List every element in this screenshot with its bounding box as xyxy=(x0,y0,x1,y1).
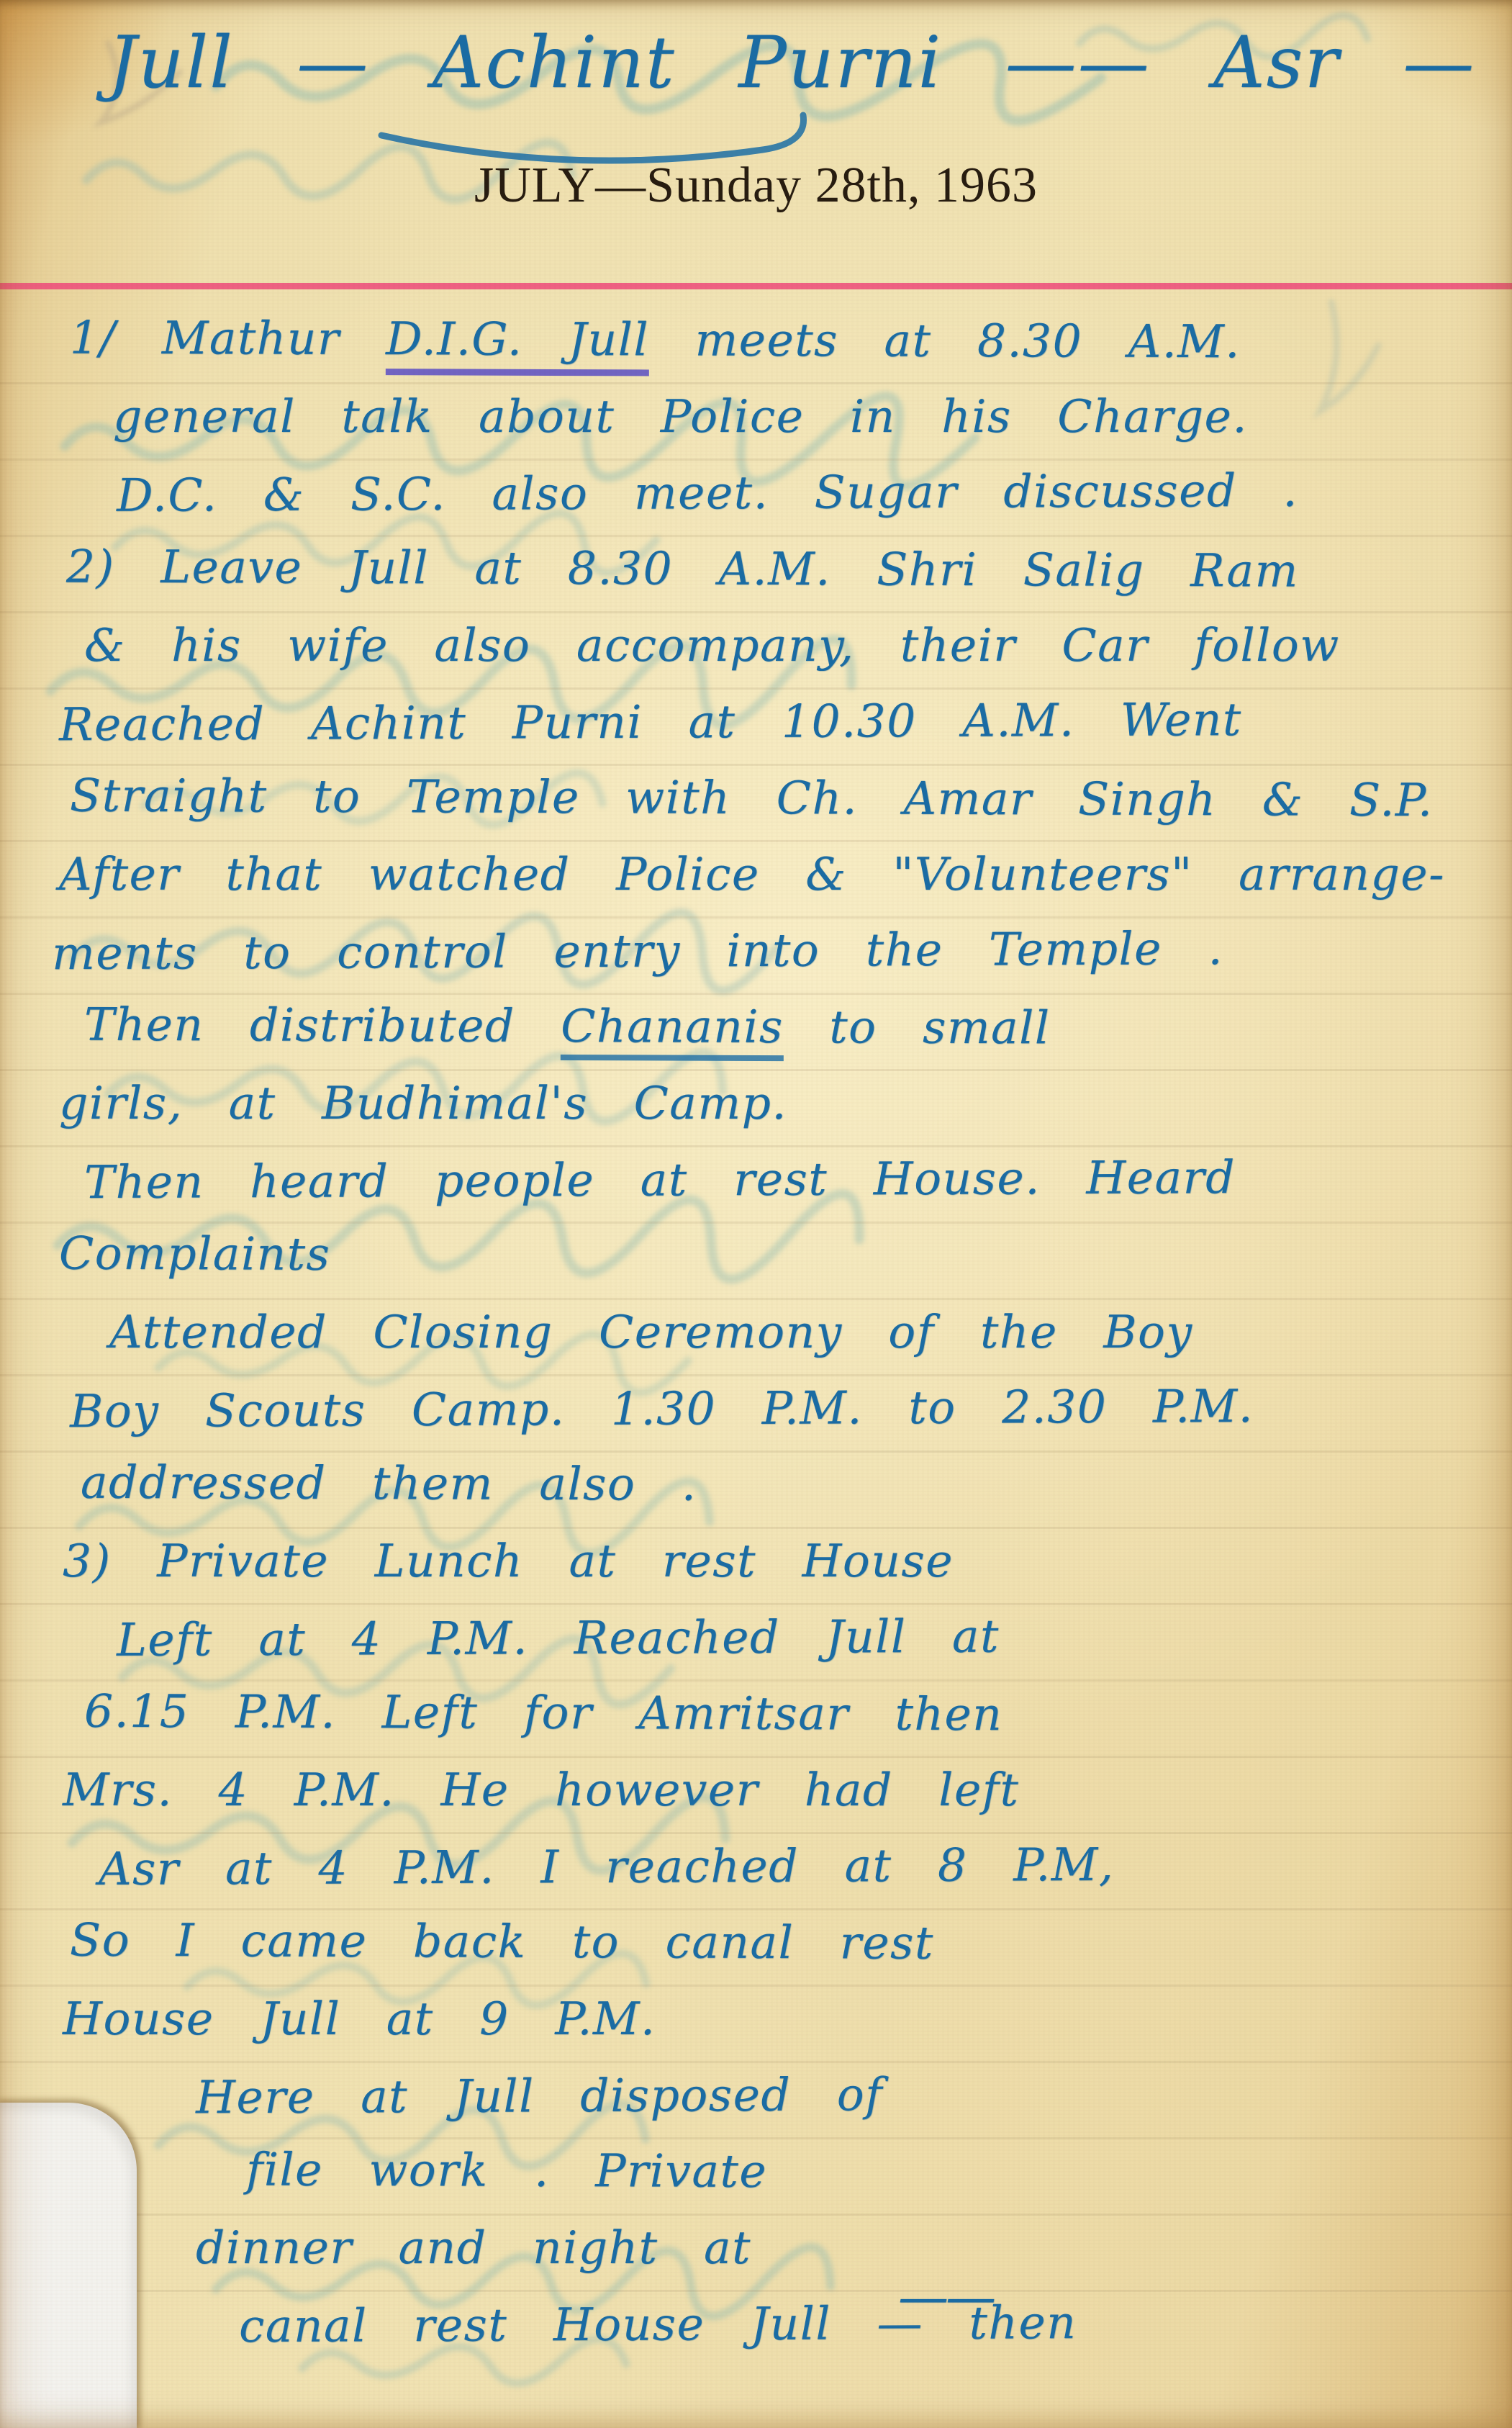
handwritten-line: Reached Achint Purni at 10.30 A.M. Went xyxy=(30,681,1493,764)
text-segment: Complaints xyxy=(59,1227,331,1281)
text-segment: Here at Jull disposed of xyxy=(196,2068,883,2124)
handwritten-line: 2) Leave Jull at 8.30 A.M. Shri Salig Ra… xyxy=(30,528,1493,610)
text-segment: general talk about Police in his Charge. xyxy=(113,390,1248,443)
text-segment: 2) Leave Jull at 8.30 A.M. Shri Salig Ra… xyxy=(66,541,1299,597)
text-segment: Then heard people at rest House. Heard xyxy=(84,1151,1236,1209)
text-segment: meets at 8.30 A.M. xyxy=(649,313,1241,368)
text-segment: House Jull at 9 P.M. xyxy=(63,1993,656,2045)
pink-rule xyxy=(0,283,1512,289)
text-segment: dinner and night at xyxy=(196,2221,751,2274)
text-segment: ments to control entry into the Temple . xyxy=(52,922,1223,980)
handwritten-line: Attended Closing Ceremony of the Boy xyxy=(30,1294,1493,1371)
text-segment: Left at 4 P.M. Reached Jull at xyxy=(117,1610,1000,1666)
text-segment: Mrs. 4 P.M. He however had left xyxy=(63,1764,1019,1816)
text-segment: D.C. & S.C. also meet. Sugar discussed . xyxy=(117,464,1298,522)
handwritten-line: Boy Scouts Camp. 1.30 P.M. to 2.30 P.M. xyxy=(30,1368,1493,1450)
text-segment: Boy Scouts Camp. 1.30 P.M. to 2.30 P.M. xyxy=(70,1380,1254,1438)
handwritten-line: 3) Private Lunch at rest House xyxy=(30,1523,1493,1599)
handwritten-line: Here at Jull disposed of xyxy=(30,2054,1493,2137)
handwritten-line: Then heard people at rest House. Heard xyxy=(30,1139,1493,1222)
handwritten-line: Mrs. 4 P.M. He however had left xyxy=(30,1752,1493,1828)
handwritten-line: 1/ Mathur D.I.G. Jull meets at 8.30 A.M. xyxy=(30,299,1493,381)
text-segment: 1/ Mathur xyxy=(70,312,386,366)
handwritten-line: Then distributed Chananis to small xyxy=(30,986,1493,1068)
printed-date: JULY—Sunday 28th, 1963 xyxy=(0,157,1512,215)
text-segment: Straight to Temple with Ch. Amar Singh &… xyxy=(70,770,1434,827)
text-segment: Then distributed xyxy=(84,998,561,1052)
handwritten-line: 6.15 P.M. Left for Amritsar then xyxy=(30,1673,1493,1754)
text-segment: Reached Achint Purni at 10.30 A.M. Went xyxy=(59,693,1242,751)
text-segment: to small xyxy=(784,1001,1051,1054)
text-segment: 6.15 P.M. Left for Amritsar then xyxy=(84,1685,1003,1741)
text-segment: So I came back to canal rest xyxy=(70,1914,934,1969)
handwritten-line: girls, at Budhimal's Camp. xyxy=(30,1065,1493,1142)
handwritten-line: dinner and night at xyxy=(30,2210,1493,2286)
text-segment: 3) Private Lunch at rest House xyxy=(63,1535,954,1587)
text-segment: Attended Closing Ceremony of the Boy xyxy=(109,1306,1193,1358)
text-segment: & his wife also accompany, their Car fol… xyxy=(84,619,1340,672)
handwritten-line: ments to control entry into the Temple . xyxy=(30,910,1493,993)
text-segment: girls, at Budhimal's Camp. xyxy=(59,1077,787,1129)
entry-lines: 1/ Mathur D.I.G. Jull meets at 8.30 A.M.… xyxy=(30,302,1493,2362)
handwritten-line: After that watched Police & "Volunteers"… xyxy=(30,836,1493,913)
handwritten-line: D.C. & S.C. also meet. Sugar discussed . xyxy=(30,452,1493,535)
handwritten-line: general talk about Police in his Charge. xyxy=(30,379,1493,455)
handwritten-line: addressed them also . xyxy=(30,1444,1493,1525)
closing-dash-mark: —— xyxy=(898,2267,993,2327)
underlined-word: D.I.G. Jull xyxy=(386,312,649,376)
handwritten-line: So I came back to canal rest xyxy=(30,1902,1493,1983)
diary-page: Jull — Achint Purni —— Asr — Jull , JULY… xyxy=(0,0,1512,2428)
handwritten-line: & his wife also accompany, their Car fol… xyxy=(30,608,1493,684)
handwritten-line: canal rest House Jull — then xyxy=(30,2283,1493,2366)
handwritten-line: Straight to Temple with Ch. Amar Singh &… xyxy=(30,757,1493,839)
handwritten-line: Complaints xyxy=(30,1215,1493,1296)
handwritten-line: file work . Private xyxy=(30,2131,1493,2212)
text-segment: addressed them also . xyxy=(81,1456,697,1511)
text-segment: file work . Private xyxy=(246,2143,767,2198)
text-segment: After that watched Police & "Volunteers"… xyxy=(59,848,1445,901)
handwritten-line: House Jull at 9 P.M. xyxy=(30,1981,1493,2057)
underlined-word: Chananis xyxy=(561,1000,784,1061)
white-sticker xyxy=(0,2103,137,2428)
handwritten-line: Asr at 4 P.M. I reached at 8 P.M, xyxy=(30,1825,1493,1908)
handwritten-route-header: Jull — Achint Purni —— Asr — Jull , xyxy=(108,20,1472,107)
handwritten-line: Left at 4 P.M. Reached Jull at xyxy=(30,1597,1493,1679)
text-segment: Asr at 4 P.M. I reached at 8 P.M, xyxy=(99,1838,1115,1895)
